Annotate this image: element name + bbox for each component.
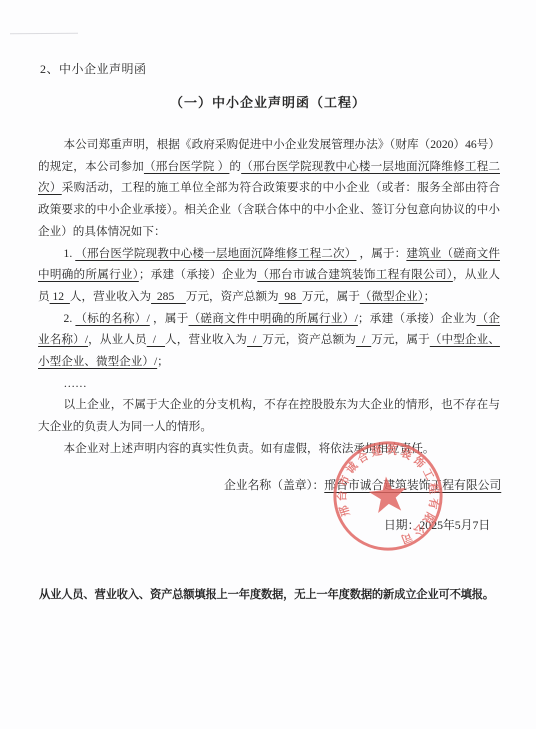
filled-in-field: /: [147, 333, 165, 346]
text-segment: ，属于：: [356, 247, 406, 260]
document-body: 本公司郑重声明，根据《政府采购促进中小企业发展管理办法》（财库（2020）46号…: [38, 134, 500, 460]
text-segment: ；承建（承接）企业为: [139, 268, 257, 281]
document-title: （一）中小企业声明函（工程）: [0, 92, 536, 111]
filled-in-field: （邢台医学院 ）: [144, 160, 229, 173]
text-segment: ，属于: [150, 312, 189, 325]
filled-in-field: （微型企业）: [360, 290, 424, 303]
text-segment: 万元，资产总额为: [262, 333, 356, 346]
closing-paragraph-1: 以上企业，不属于大企业的分支机构，不存在控股股东为大企业的情形，也不存在与大企业…: [38, 394, 500, 437]
text-segment: ；: [424, 290, 436, 303]
text-segment: ，从业人员: [88, 333, 147, 346]
text-segment: 的: [229, 160, 241, 173]
filled-in-field: /: [247, 333, 262, 346]
footnote-instruction: 从业人员、营业收入、资产总额填报上一年度数据，无上一年度数据的新成立企业可不填报…: [39, 586, 509, 602]
text-segment: 人，营业收入为: [165, 333, 247, 346]
intro-paragraph: 本公司郑重声明，根据《政府采购促进中小企业发展管理办法》（财库（2020）46号…: [38, 134, 500, 243]
filled-in-field: （邢台医学院现教中心楼一层地面沉降维修工程二次）: [75, 247, 356, 260]
scan-artifact-line: [10, 33, 78, 34]
filled-in-field: （邢台市诚合建筑装饰工程有限公司）: [257, 268, 453, 281]
text-segment: 2.: [64, 312, 76, 325]
text-segment: 采购活动，工程的施工单位全部为符合政策要求的中小企业（或者：服务全部由符合政策要…: [38, 181, 500, 237]
company-name-label: 企业名称（盖章）：: [224, 478, 324, 492]
filled-in-field: （磋商文件中明确的所属行业）/: [189, 312, 358, 325]
text-segment: 万元，属于: [302, 290, 360, 303]
text-segment: ；: [157, 355, 169, 368]
text-segment: ；承建（承接）企业为: [358, 312, 477, 325]
enterprise-item-2: 2. （标的名称）/ ，属于（磋商文件中明确的所属行业）/；承建（承接）企业为（…: [38, 308, 500, 373]
filled-in-field: /: [356, 333, 371, 346]
section-heading: 2、中小企业声明函: [40, 60, 147, 77]
scanned-document-page: 2、中小企业声明函 （一）中小企业声明函（工程） 本公司郑重声明，根据《政府采购…: [0, 0, 536, 729]
text-segment: 人，营业收入为: [70, 290, 151, 303]
ellipsis-line: ……: [38, 373, 500, 395]
filled-in-field: 98: [279, 290, 302, 303]
star-icon: [367, 474, 408, 513]
filled-in-field: 12: [50, 290, 70, 303]
filled-in-field: 285: [151, 290, 186, 303]
text-segment: 万元，资产总额为: [186, 290, 279, 303]
text-segment: 万元，属于: [371, 333, 430, 346]
filled-in-field: （标的名称）/: [75, 312, 149, 325]
company-seal: 邢台市诚合建筑装饰工程有限公司: [329, 437, 447, 555]
enterprise-item-1: 1. （邢台医学院现教中心楼一层地面沉降维修工程二次） ，属于：建筑业（磋商文件…: [38, 243, 500, 308]
text-segment: 1.: [64, 247, 76, 260]
